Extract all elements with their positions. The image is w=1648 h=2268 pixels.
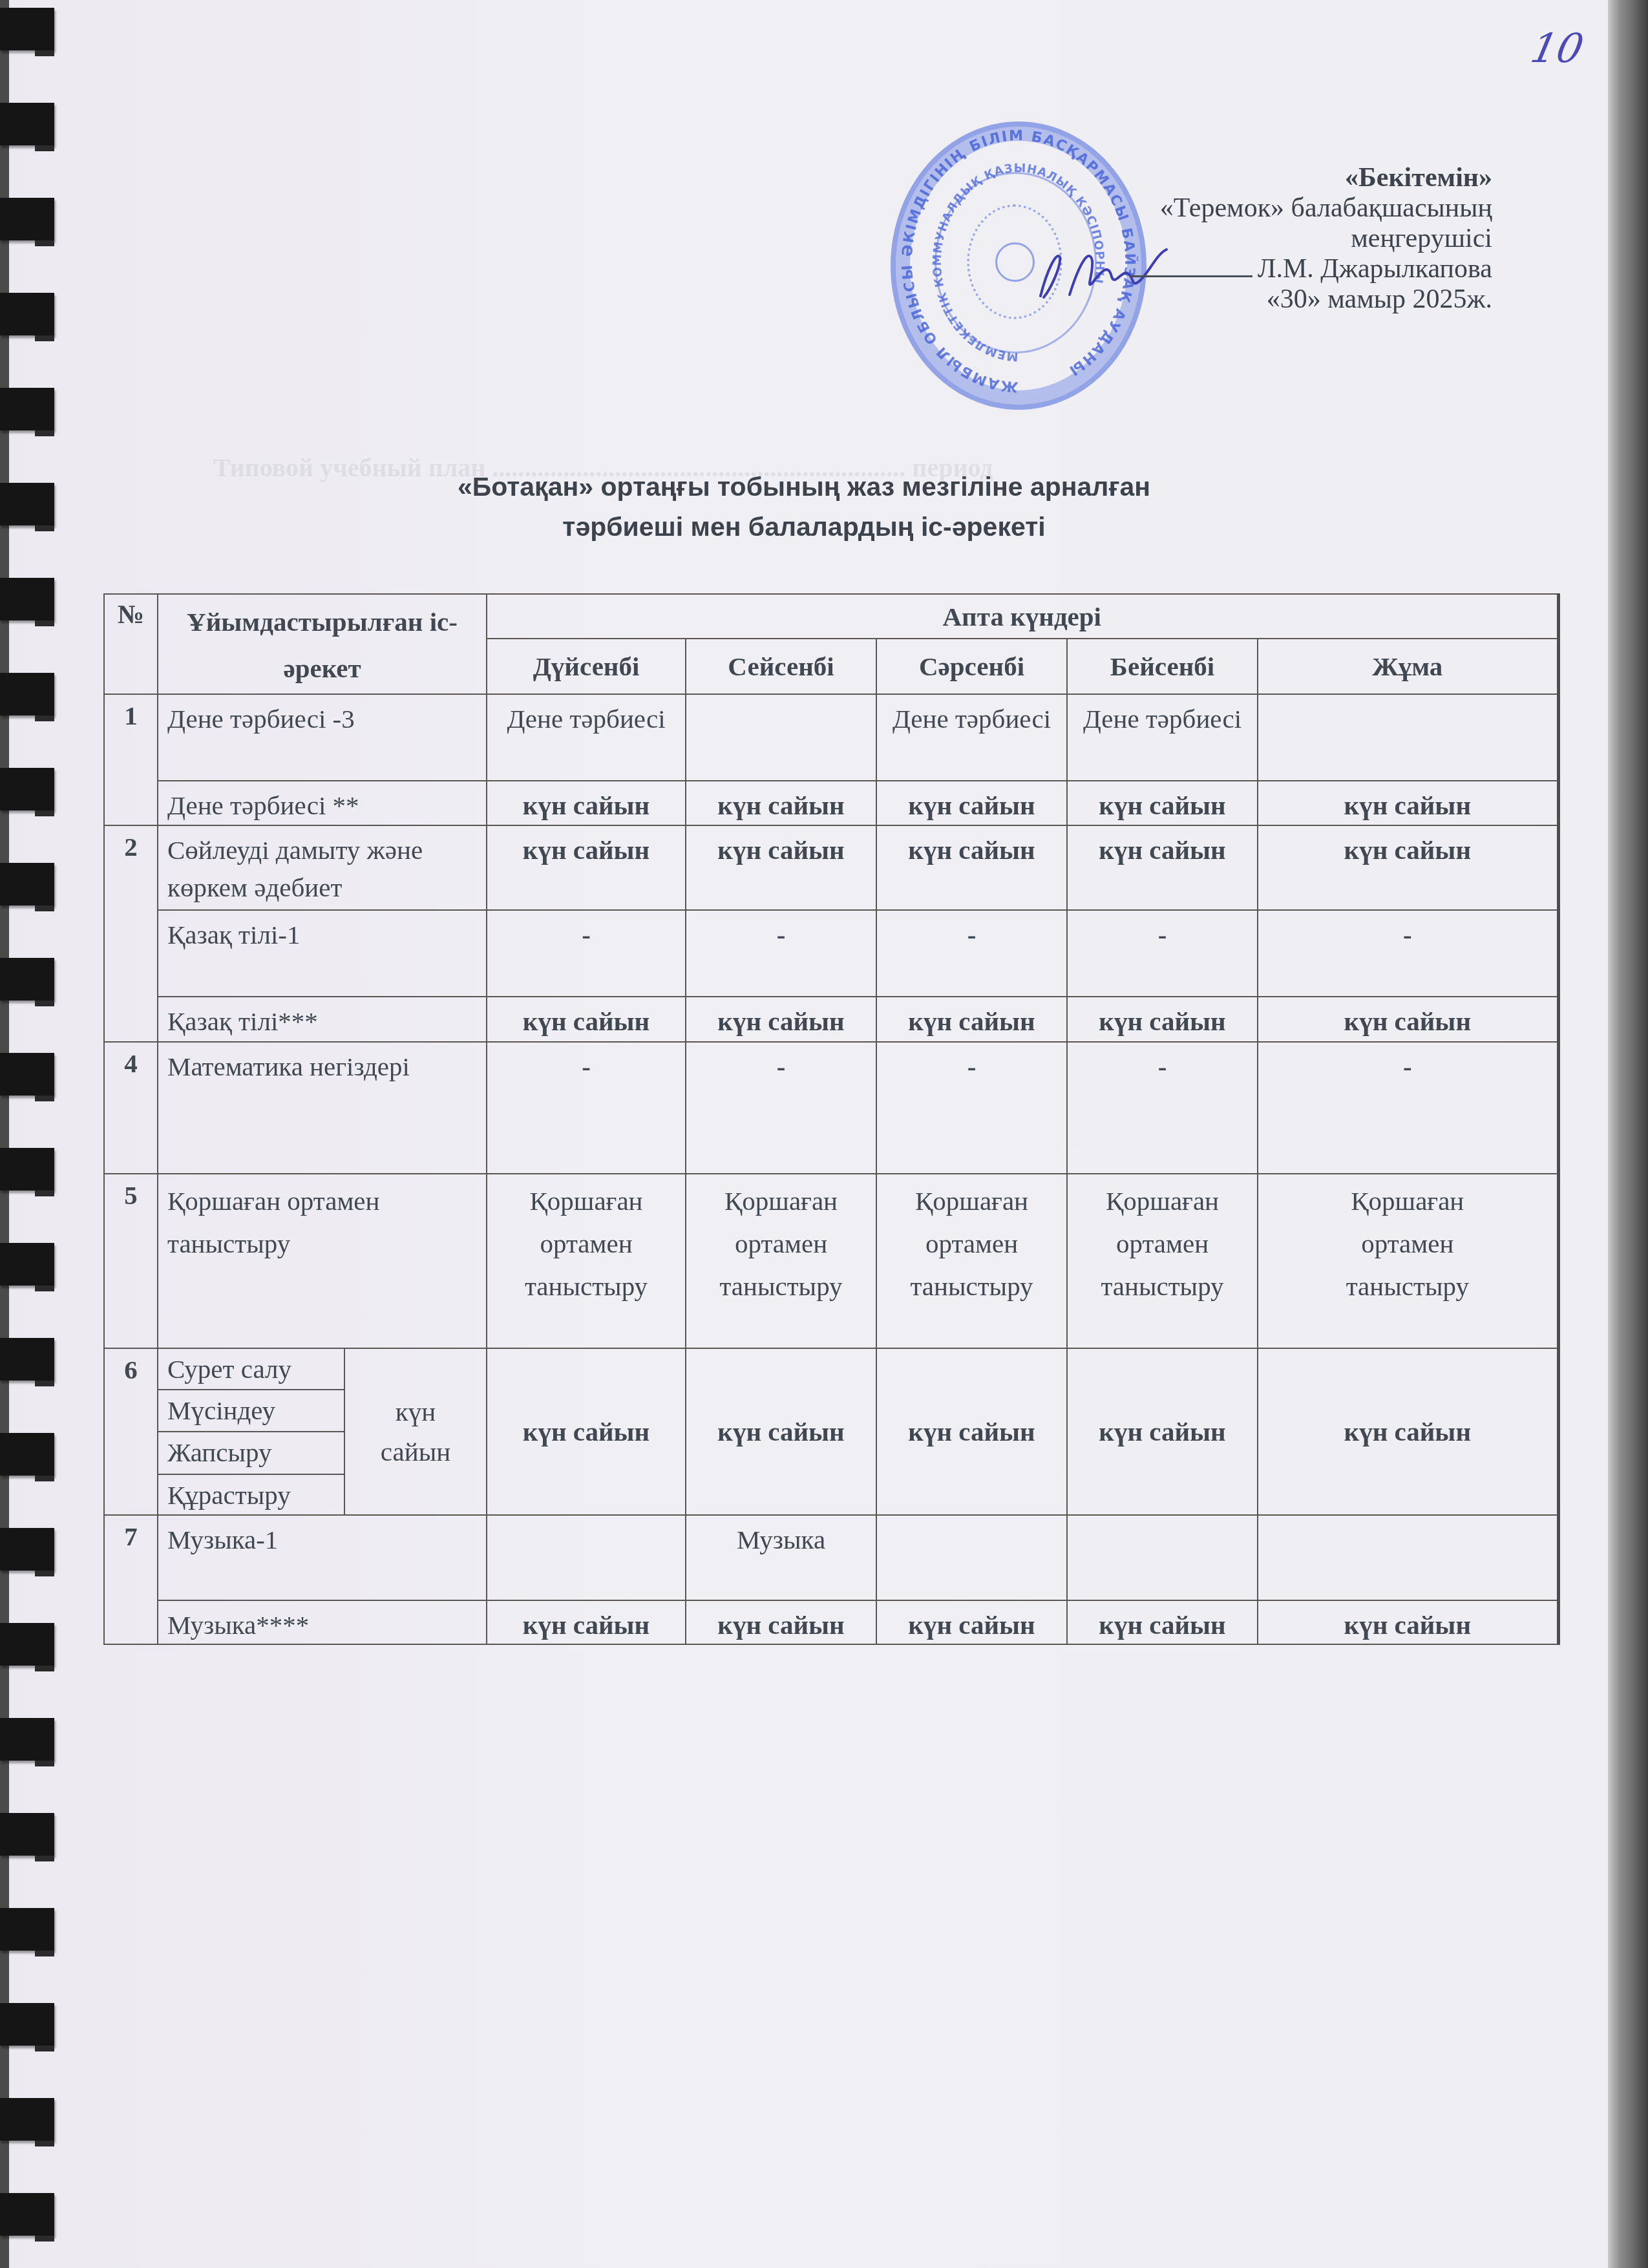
table-row: Дене тәрбиесі ** күн сайын күн сайын күн… <box>104 781 1558 825</box>
schedule-cell: күн сайын <box>876 997 1067 1042</box>
table-row: 2 Сөйлеуді дамыту және көркем әдебиет кү… <box>104 825 1558 910</box>
weekly-schedule-table: № Ұйымдастырылған іс-әрекет Апта күндері… <box>103 593 1560 1645</box>
binding-ring-icon <box>0 768 54 811</box>
approval-institution: «Теремок» балабақшасының <box>1130 193 1492 224</box>
binding-ring-icon <box>0 293 54 335</box>
binding-ring-icon <box>0 2098 54 2141</box>
header-activity: Ұйымдастырылған іс-әрекет <box>158 594 487 694</box>
schedule-cell: күн сайын <box>686 1600 876 1644</box>
binding-ring-icon <box>0 1908 54 1951</box>
approval-block: «Бекітемін» «Теремок» балабақшасының мең… <box>1130 163 1492 315</box>
schedule-cell: Дене тәрбиесі <box>876 694 1067 781</box>
activity-name: Қазақ тілі-1 <box>158 910 487 997</box>
schedule-cell <box>686 694 876 781</box>
binding-ring-icon <box>0 1433 54 1476</box>
binding-ring-icon <box>0 578 54 620</box>
table-row: 6 Сурет салу күн сайын күн сайын күн сай… <box>104 1348 1558 1390</box>
schedule-cell: Қоршаған ортамен таныстыру <box>1258 1174 1558 1348</box>
frequency-cell: күн сайын <box>344 1348 487 1515</box>
approval-position: меңгерушісі <box>1130 224 1492 254</box>
schedule-cell: күн сайын <box>1258 997 1558 1042</box>
binding-ring-icon <box>0 198 54 240</box>
schedule-cell: күн сайын <box>686 781 876 825</box>
approval-heading: «Бекітемін» <box>1130 163 1492 193</box>
spiral-binding <box>0 0 58 2268</box>
approval-date: «30» мамыр 2025ж. <box>1130 284 1492 315</box>
schedule-cell: - <box>686 1042 876 1174</box>
binding-ring-icon <box>0 673 54 715</box>
row-number: 6 <box>104 1348 158 1515</box>
binding-ring-icon <box>0 958 54 1001</box>
schedule-cell: Қоршаған ортамен таныстыру <box>1067 1174 1258 1348</box>
schedule-cell: күн сайын <box>686 1348 876 1515</box>
schedule-cell: Қоршаған ортамен таныстыру <box>686 1174 876 1348</box>
binding-ring-icon <box>0 2193 54 2236</box>
row-number: 1 <box>104 694 158 825</box>
scan-shadow-edge <box>1608 0 1648 2268</box>
schedule-cell: күн сайын <box>487 997 686 1042</box>
header-week-days: Апта күндері <box>487 594 1558 639</box>
schedule-cell: күн сайын <box>1067 1600 1258 1644</box>
row-number: 4 <box>104 1042 158 1174</box>
schedule-cell: Музыка <box>686 1515 876 1600</box>
schedule-cell: күн сайын <box>686 825 876 910</box>
schedule-cell: күн сайын <box>1067 781 1258 825</box>
binding-ring-icon <box>0 1813 54 1856</box>
schedule-cell: - <box>1258 1042 1558 1174</box>
table-row: Қазақ тілі-1 - - - - - <box>104 910 1558 997</box>
signature-line <box>1130 275 1252 277</box>
schedule-cell: - <box>1067 910 1258 997</box>
schedule-cell: күн сайын <box>876 825 1067 910</box>
row-number: 5 <box>104 1174 158 1348</box>
sub-activity: Мүсіндеу <box>158 1390 344 1432</box>
schedule-cell: - <box>487 910 686 997</box>
schedule-cell: күн сайын <box>487 1348 686 1515</box>
table-row: 4 Математика негіздері - - - - - <box>104 1042 1558 1174</box>
table-row: 7 Музыка-1 Музыка <box>104 1515 1558 1600</box>
schedule-cell: күн сайын <box>487 781 686 825</box>
schedule-cell: - <box>1067 1042 1258 1174</box>
schedule-cell: күн сайын <box>1258 781 1558 825</box>
header-day-wednesday: Сәрсенбі <box>876 639 1067 694</box>
schedule-cell <box>1258 1515 1558 1600</box>
binding-ring-icon <box>0 1053 54 1096</box>
header-row-1: № Ұйымдастырылған іс-әрекет Апта күндері <box>104 594 1558 639</box>
schedule-cell: күн сайын <box>1258 1348 1558 1515</box>
schedule-cell: Дене тәрбиесі <box>487 694 686 781</box>
schedule-cell: күн сайын <box>487 825 686 910</box>
schedule-cell: күн сайын <box>876 781 1067 825</box>
schedule-cell <box>876 1515 1067 1600</box>
activity-name: Математика негіздері <box>158 1042 487 1174</box>
binding-ring-icon <box>0 1243 54 1286</box>
schedule-cell <box>1067 1515 1258 1600</box>
table-row: Қазақ тілі*** күн сайын күн сайын күн са… <box>104 997 1558 1042</box>
activity-name: Музыка-1 <box>158 1515 487 1600</box>
schedule-cell: күн сайын <box>1258 1600 1558 1644</box>
binding-ring-icon <box>0 103 54 145</box>
binding-ring-icon <box>0 388 54 430</box>
activity-name: Қоршаған ортамен таныстыру <box>158 1174 487 1348</box>
schedule-cell: күн сайын <box>876 1600 1067 1644</box>
schedule-cell: күн сайын <box>487 1600 686 1644</box>
schedule-cell: күн сайын <box>876 1348 1067 1515</box>
header-day-friday: Жұма <box>1258 639 1558 694</box>
handwritten-page-number: 10 <box>1527 25 1587 72</box>
schedule-cell: күн сайын <box>1067 825 1258 910</box>
table-row: 5 Қоршаған ортамен таныстыру Қоршаған ор… <box>104 1174 1558 1348</box>
binding-ring-icon <box>0 1528 54 1571</box>
binding-ring-icon <box>0 1338 54 1381</box>
header-day-monday: Дүйсенбі <box>487 639 686 694</box>
binding-ring-icon <box>0 863 54 906</box>
row-number: 7 <box>104 1515 158 1644</box>
activity-name: Сөйлеуді дамыту және көркем әдебиет <box>158 825 487 910</box>
schedule-cell: күн сайын <box>686 997 876 1042</box>
row-number: 2 <box>104 825 158 1042</box>
schedule-cell: - <box>876 1042 1067 1174</box>
activity-name: Дене тәрбиесі -3 <box>158 694 487 781</box>
table-row: Музыка**** күн сайын күн сайын күн сайын… <box>104 1600 1558 1644</box>
sub-activity: Сурет салу <box>158 1348 344 1390</box>
header-day-tuesday: Сейсенбі <box>686 639 876 694</box>
binding-ring-icon <box>0 1148 54 1191</box>
schedule-cell: - <box>1258 910 1558 997</box>
schedule-cell: - <box>686 910 876 997</box>
table-row: 1 Дене тәрбиесі -3 Дене тәрбиесі Дене тә… <box>104 694 1558 781</box>
binding-ring-icon <box>0 1623 54 1666</box>
schedule-cell: - <box>487 1042 686 1174</box>
binding-ring-icon <box>0 8 54 50</box>
schedule-cell: Дене тәрбиесі <box>1067 694 1258 781</box>
binding-ring-icon <box>0 2003 54 2046</box>
schedule-cell: күн сайын <box>1067 997 1258 1042</box>
sub-activity: Жапсыру <box>158 1432 344 1474</box>
title-line-1: «Ботақан» ортаңғы тобының жаз мезгіліне … <box>0 467 1608 507</box>
activity-name: Қазақ тілі*** <box>158 997 487 1042</box>
sub-activity: Құрастыру <box>158 1474 344 1515</box>
schedule-cell <box>1258 694 1558 781</box>
schedule-cell: Қоршаған ортамен таныстыру <box>876 1174 1067 1348</box>
schedule-cell: - <box>876 910 1067 997</box>
header-num: № <box>104 594 158 694</box>
binding-ring-icon <box>0 1718 54 1761</box>
approval-signatory: Л.М. Джарылкапова <box>1258 254 1492 284</box>
schedule-cell: күн сайын <box>1067 1348 1258 1515</box>
document-title: «Ботақан» ортаңғы тобының жаз мезгіліне … <box>0 467 1608 547</box>
schedule-cell <box>487 1515 686 1600</box>
schedule-cell: Қоршаған ортамен таныстыру <box>487 1174 686 1348</box>
schedule-cell: күн сайын <box>1258 825 1558 910</box>
activity-name: Дене тәрбиесі ** <box>158 781 487 825</box>
header-day-thursday: Бейсенбі <box>1067 639 1258 694</box>
title-line-2: тәрбиеші мен балалардың іс-әрекеті <box>0 507 1608 547</box>
activity-name: Музыка**** <box>158 1600 487 1644</box>
